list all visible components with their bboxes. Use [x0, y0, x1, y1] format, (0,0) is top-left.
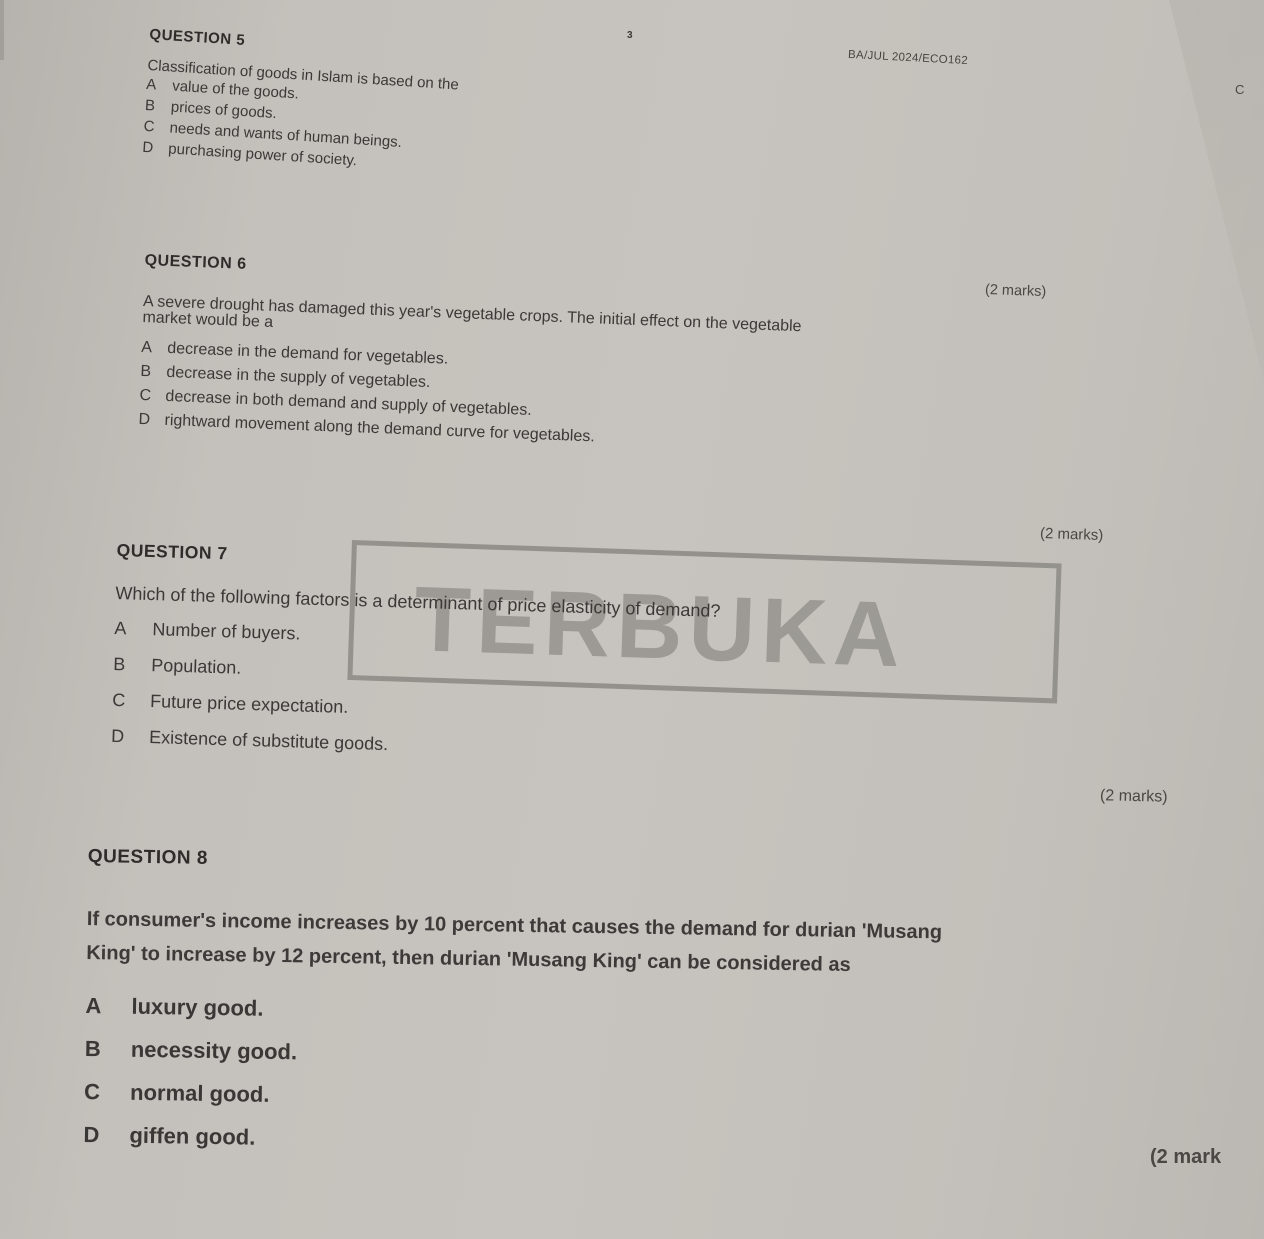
question-8-marks: (2 mark — [1150, 1146, 1221, 1169]
option-letter: D — [142, 137, 169, 160]
option-letter: D — [83, 1113, 130, 1157]
question-heading: QUESTION 5 — [149, 26, 461, 63]
option-letter: C — [139, 384, 166, 409]
option-text: Future price expectation. — [150, 691, 349, 717]
option-letter: D — [138, 408, 165, 433]
option-letter: B — [140, 360, 167, 385]
option-letter: D — [111, 718, 150, 755]
option-text: normal good. — [130, 1080, 270, 1107]
question-heading: QUESTION 6 — [144, 252, 803, 295]
option-letter: B — [113, 646, 152, 683]
question-stem: If consumer's income increases by 10 per… — [86, 902, 942, 983]
option-text: Population. — [151, 655, 242, 678]
option-list: Adecrease in the demand for vegetables. … — [138, 336, 800, 457]
option-letter: A — [85, 984, 132, 1028]
question-heading: QUESTION 8 — [88, 846, 944, 881]
option-text: Existence of substitute goods. — [149, 727, 389, 754]
option-list: Aluxury good. Bnecessity good. Cnormal g… — [83, 984, 941, 1169]
question-6: QUESTION 6 A severe drought has damaged … — [138, 252, 803, 457]
option-text: Number of buyers. — [152, 619, 301, 643]
question-5: QUESTION 5 Classification of goods in Is… — [142, 26, 462, 177]
option-letter: A — [114, 610, 153, 647]
option-letter: A — [146, 74, 173, 97]
option-letter: C — [112, 682, 151, 719]
option-letter: B — [144, 95, 171, 118]
question-8: QUESTION 8 If consumer's income increase… — [83, 846, 943, 1169]
option-text: giffen good. — [129, 1123, 255, 1150]
question-5-marks: (2 marks) — [985, 282, 1047, 300]
course-code: BA/JUL 2024/ECO162 — [848, 49, 969, 67]
question-7-marks: (2 marks) — [1100, 787, 1168, 806]
option-letter: B — [84, 1027, 131, 1071]
corner-mark: C — [1235, 82, 1244, 97]
option-text: luxury good. — [131, 994, 263, 1021]
page-number: 3 — [627, 30, 633, 41]
option-text: necessity good. — [131, 1037, 298, 1065]
option-letter: C — [84, 1070, 131, 1114]
paper-edge-shadow — [1164, 0, 1264, 659]
question-7: QUESTION 7 Which of the following factor… — [111, 540, 722, 772]
question-6-marks: (2 marks) — [1040, 525, 1104, 544]
option-list: ANumber of buyers. BPopulation. CFuture … — [111, 610, 720, 772]
paper-edge-left — [0, 0, 4, 60]
option-letter: C — [143, 116, 170, 139]
option-letter: A — [141, 336, 168, 361]
